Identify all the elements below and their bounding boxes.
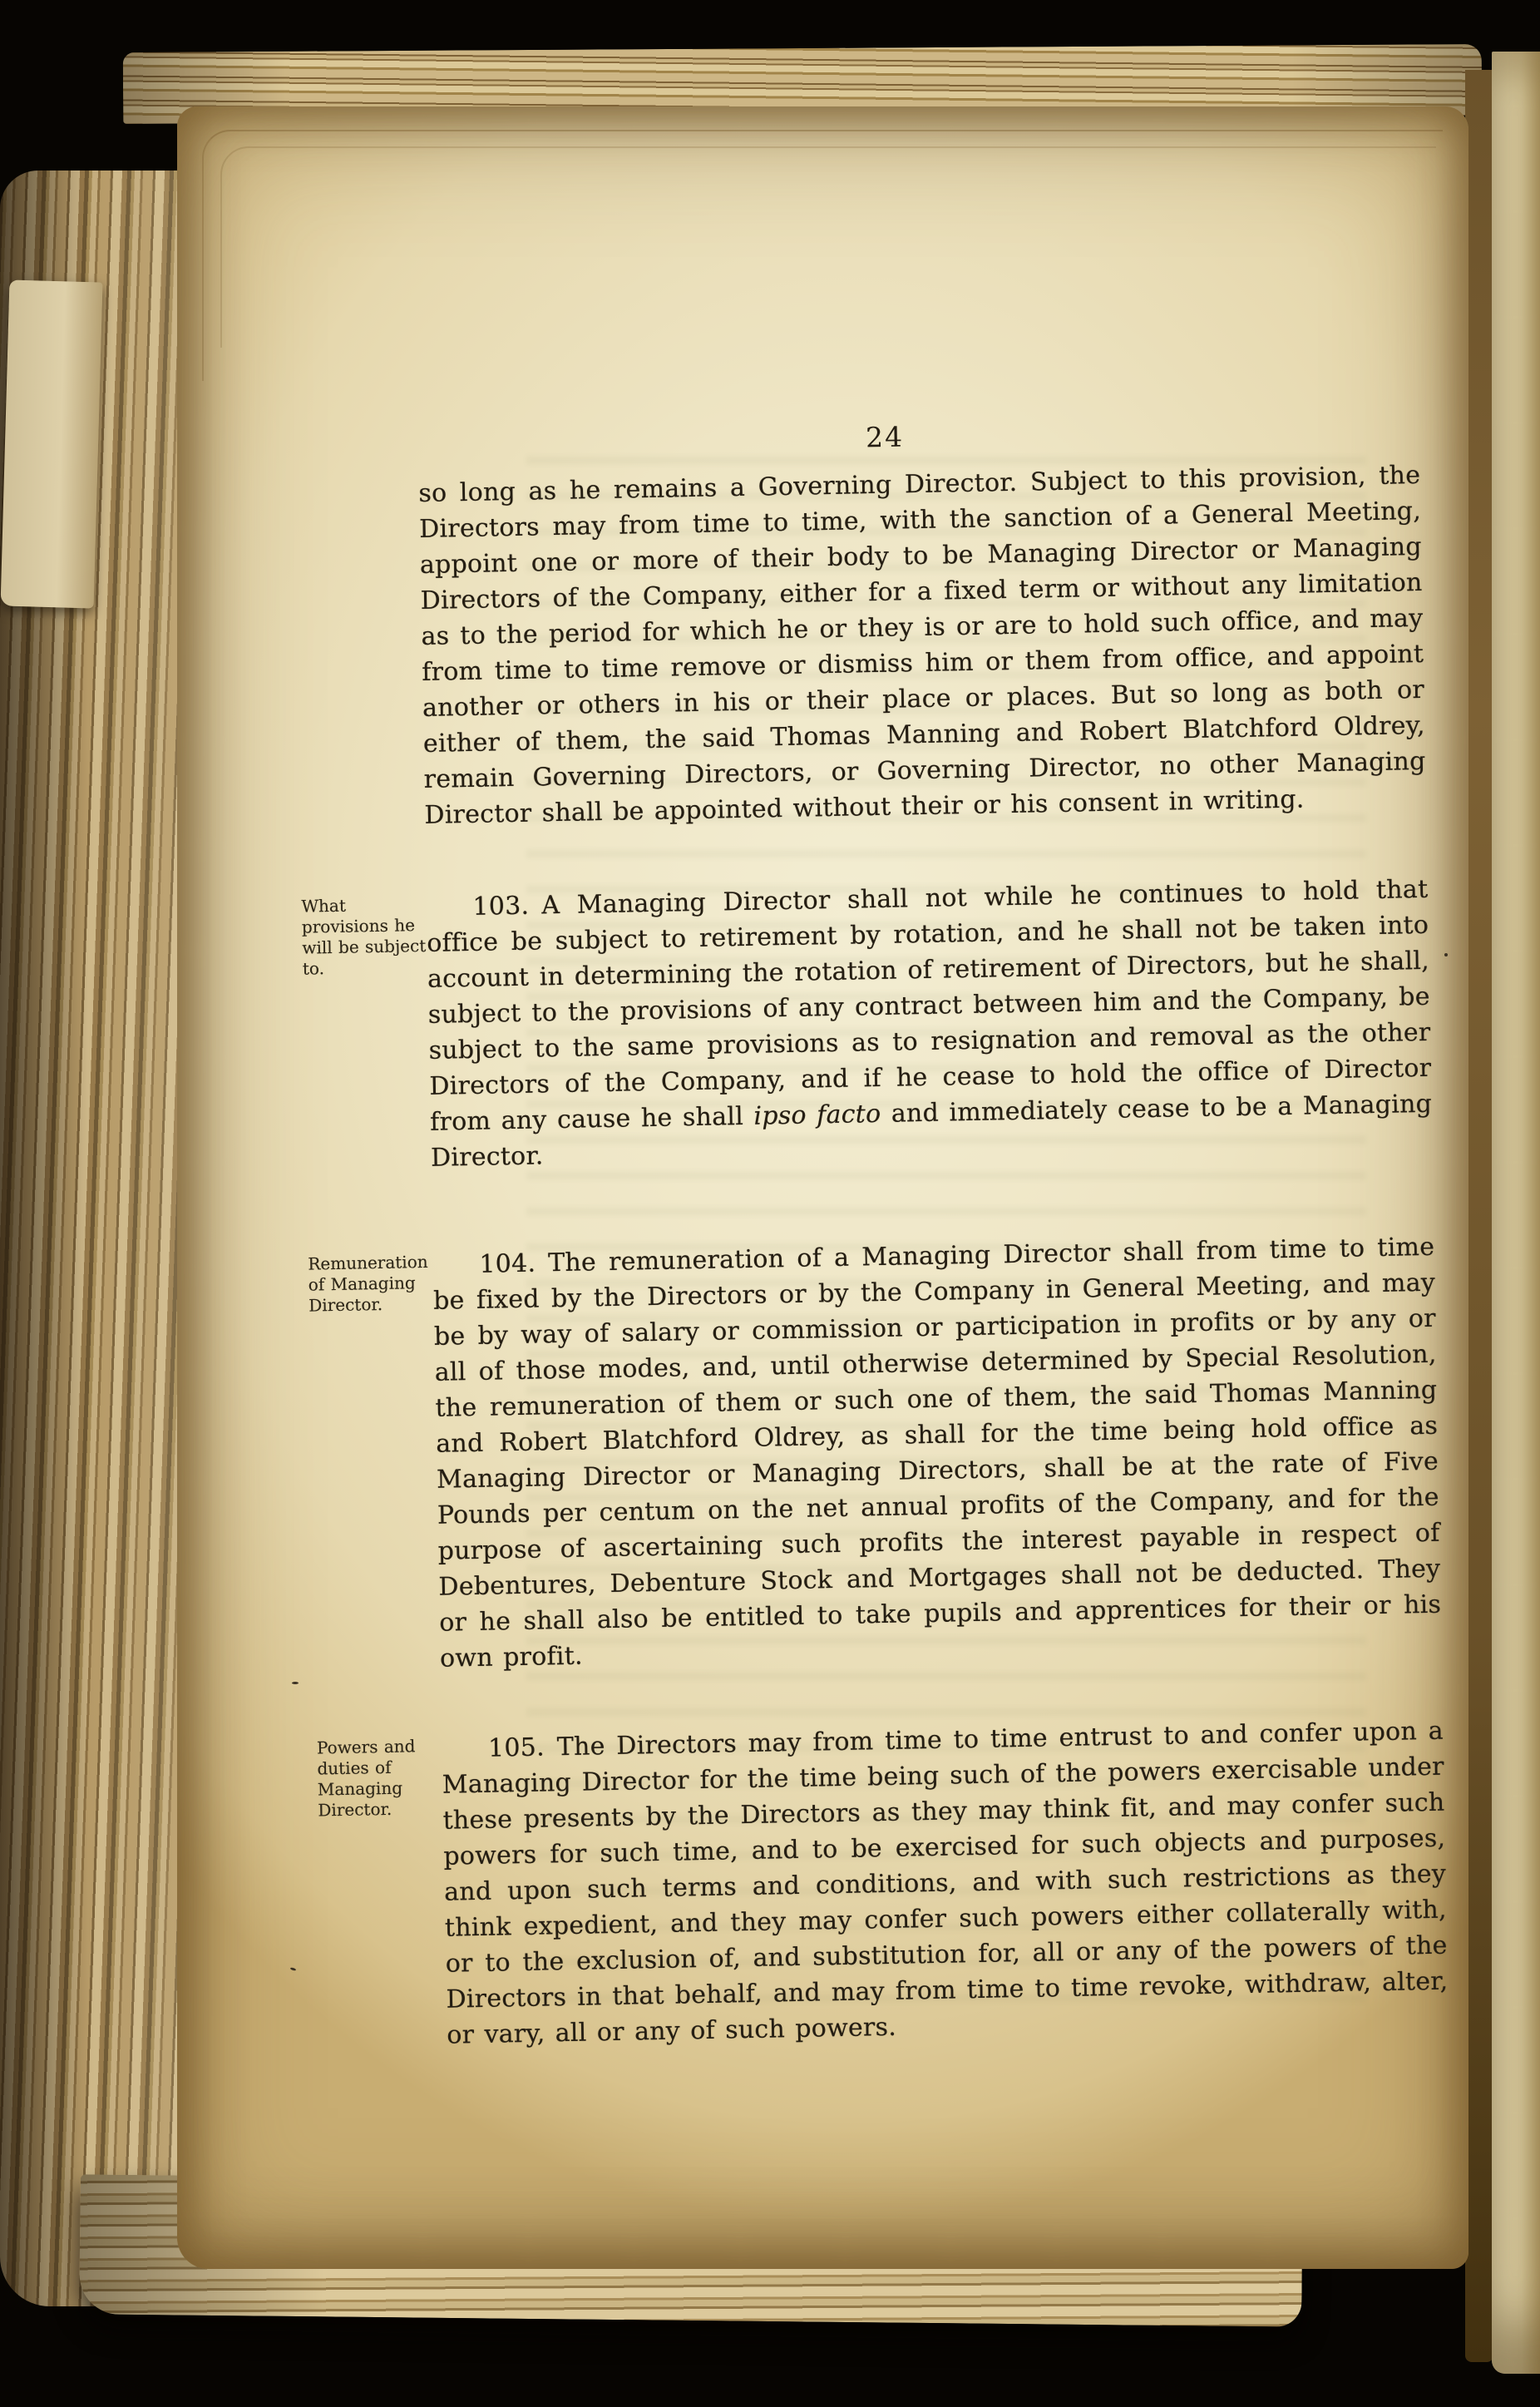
section-103-paragraph: 103.A Managing Director shall not while … xyxy=(426,872,1433,1176)
sidenote-104: Remuneration of Managing Director. xyxy=(308,1252,440,1317)
section-103-number: 103. xyxy=(472,891,541,922)
page-number: 24 xyxy=(866,421,905,454)
section-105-text: The Directors may from time to time entr… xyxy=(442,1717,1449,2050)
facing-page-edge xyxy=(1492,52,1540,2374)
section-105-paragraph: 105.The Directors may from time to time … xyxy=(442,1713,1449,2054)
continuation-paragraph: so long as he remains a Governing Direct… xyxy=(418,457,1427,833)
ink-speck xyxy=(1444,953,1448,956)
ink-speck xyxy=(292,1682,299,1684)
sidenote-105: Powers and duties of Managing Director. xyxy=(317,1736,450,1821)
section-104-paragraph: 104.The remuneration of a Managing Direc… xyxy=(432,1229,1442,1677)
section-105: Powers and duties of Managing Director. … xyxy=(442,1713,1449,2054)
protruding-sheet xyxy=(1,280,103,609)
section-104: Remuneration of Managing Director. 104.T… xyxy=(432,1229,1442,1677)
section-105-number: 105. xyxy=(488,1732,557,1763)
book-scan: 24 so long as he remains a Governing Dir… xyxy=(0,0,1540,2407)
layered-sheet-outline xyxy=(202,130,1443,381)
ink-speck xyxy=(290,1967,297,1971)
section-104-text: The remuneration of a Managing Director … xyxy=(433,1233,1442,1673)
main-page: 24 so long as he remains a Governing Dir… xyxy=(177,106,1468,2269)
page-gutter-gap xyxy=(1465,70,1493,2362)
section-103: What provisions he will be subject to. 1… xyxy=(426,872,1433,1176)
layered-sheet-outline xyxy=(220,146,1436,348)
sidenote-103: What provisions he will be subject to. xyxy=(301,894,434,980)
body-text: so long as he remains a Governing Direct… xyxy=(418,457,1449,2054)
section-103-text: A Managing Director shall not while he c… xyxy=(427,875,1432,1173)
section-104-number: 104. xyxy=(479,1248,548,1279)
